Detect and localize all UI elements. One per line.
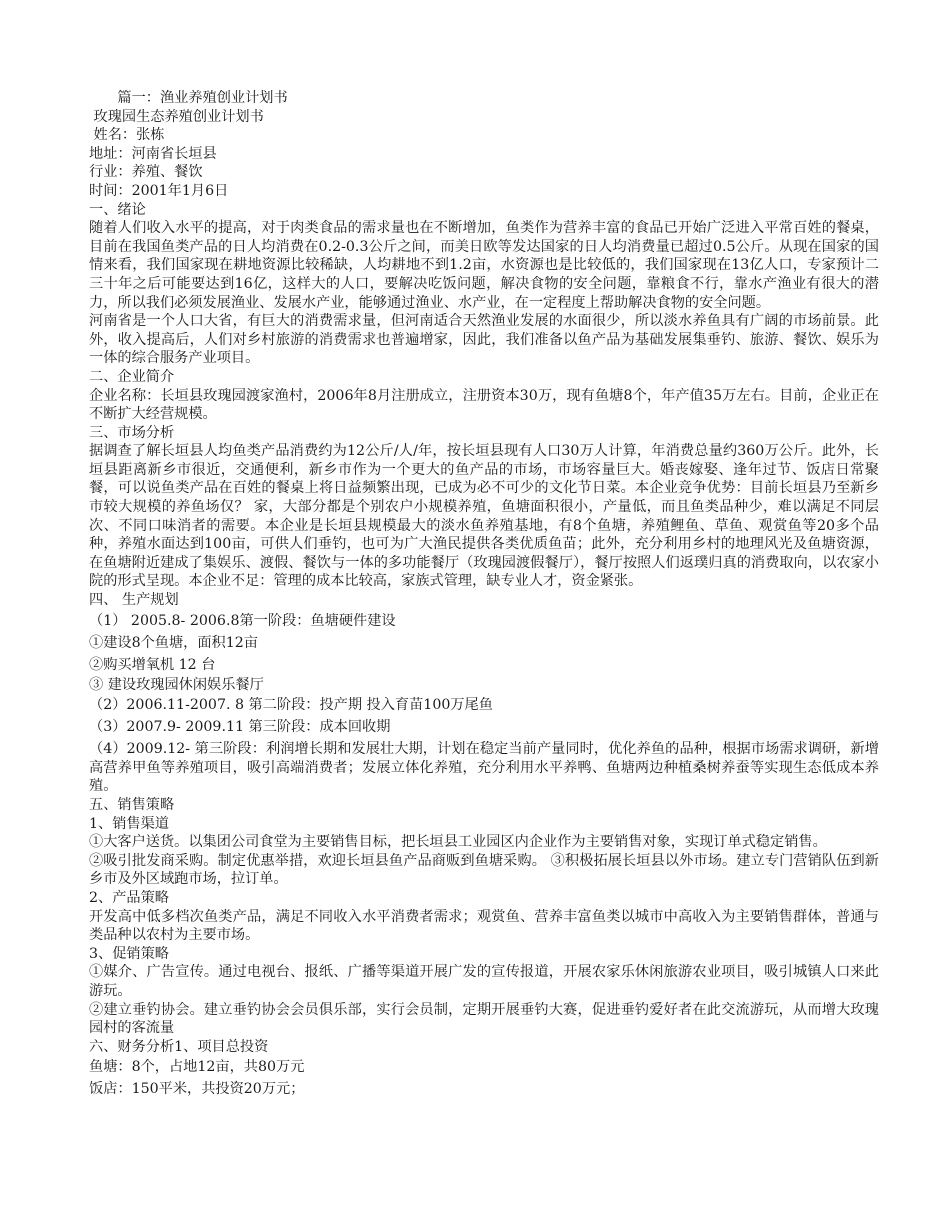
address: 地址：河南省长垣县 — [89, 145, 879, 164]
section-2-paragraph-1: 企业名称：长垣县玫瑰园渡家渔村，2006年8月注册成立，注册资本30万，现有鱼塘… — [89, 387, 879, 424]
stage-3: （3）2007.9- 2009.11 第三阶段：成本回收期 — [89, 716, 879, 738]
stage-2: （2）2006.11-2007. 8 第二阶段：投产期 投入育苗100万尾鱼 — [89, 694, 879, 716]
investment-restaurant: 饭店：150平米，共投资20万元； — [89, 1078, 879, 1100]
product-strategy-paragraph: 开发高中低多档次鱼类产品，满足不同收入水平消费者需求；观赏鱼、营养丰富鱼类以城市… — [89, 908, 879, 945]
chapter-title: 篇一：渔业养殖创业计划书 — [89, 89, 879, 108]
section-3-heading: 三、市场分析 — [89, 424, 879, 443]
section-5-heading: 五、销售策略 — [89, 796, 879, 815]
stage-4: （4）2009.12- 第三阶段：利润增长期和发展壮大期，计划在稳定当前产量同时… — [89, 740, 879, 796]
product-strategy-heading: 2、产品策略 — [89, 889, 879, 908]
investment-fishpond: 鱼塘：8个，占地12亩，共80万元 — [89, 1056, 879, 1078]
section-6-heading: 六、财务分析1、项目总投资 — [89, 1038, 879, 1057]
sales-channel-paragraph-1: ①大客户送货。以集团公司食堂为主要销售目标，把长垣县工业园区内企业作为主要销售对… — [89, 833, 879, 852]
industry: 行业：养殖、餐饮 — [89, 163, 879, 182]
stage-1: （1） 2005.8- 2006.8第一阶段：鱼塘硬件建设 — [89, 610, 879, 632]
section-1-paragraph-2: 河南省是一个人口大省，有巨大的消费需求量，但河南适合天然渔业发展的水面很少，所以… — [89, 312, 879, 368]
author-name: 姓名：张栋 — [89, 126, 879, 145]
date: 时间：2001年1月6日 — [89, 182, 879, 201]
sales-channel-paragraph-2: ②吸引批发商采购。制定优惠举措，欢迎长垣县鱼产品商贩到鱼塘采购。 ③积极拓展长垣… — [89, 852, 879, 889]
section-4-heading: 四、 生产规划 — [89, 591, 879, 610]
section-2-heading: 二、企业简介 — [89, 368, 879, 387]
stage-1-item-2: ②购买增氧机 12 台 — [89, 654, 879, 676]
section-3-paragraph-1: 据调查了解长垣县人均鱼类产品消费约为12公斤/人/年，按长垣县现有人口30万人计… — [89, 442, 879, 591]
promotion-paragraph-2: ②建立垂钓协会。建立垂钓协会会员俱乐部，实行会员制，定期开展垂钓大赛，促进垂钓爱… — [89, 1001, 879, 1038]
plan-title: 玫瑰园生态养殖创业计划书 — [89, 108, 879, 127]
section-1-paragraph-1: 随着人们收入水平的提高，对于肉类食品的需求量也在不断增加，鱼类作为营养丰富的食品… — [89, 219, 879, 312]
stage-1-item-3: ③ 建设玫瑰园休闲娱乐餐厅 — [89, 676, 879, 695]
promotion-strategy-heading: 3、促销策略 — [89, 945, 879, 964]
sales-channel-heading: 1、销售渠道 — [89, 815, 879, 834]
document-page: 篇一：渔业养殖创业计划书 玫瑰园生态养殖创业计划书 姓名：张栋 地址：河南省长垣… — [89, 89, 879, 1100]
section-1-heading: 一、绪论 — [89, 201, 879, 220]
promotion-paragraph-1: ①媒介、广告宣传。通过电视台、报纸、广播等渠道开展广发的宣传报道，开展农家乐休闲… — [89, 963, 879, 1000]
stage-1-item-1: ①建设8个鱼塘，面积12亩 — [89, 632, 879, 654]
